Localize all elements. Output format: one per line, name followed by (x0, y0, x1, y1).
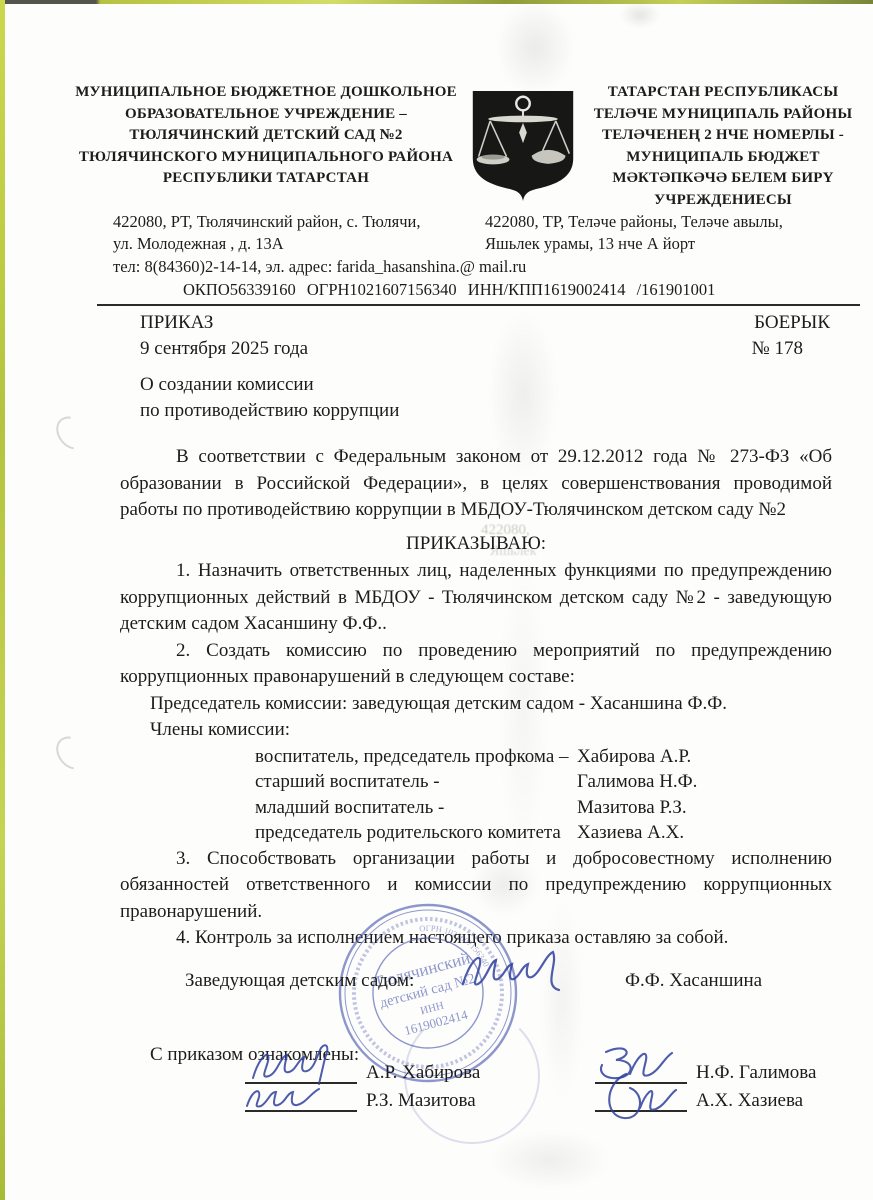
order-body: В соответствии с Федеральным законом от … (120, 444, 832, 952)
address-line: ул. Молодежная , д. 13А (113, 233, 473, 255)
resolution-word: ПРИКАЗЫВАЮ: (120, 531, 832, 558)
signature-khazieva (592, 1068, 688, 1130)
member-role: младший воспитатель - (255, 795, 577, 821)
order-item-2: 2. Создать комиссию по проведению меропр… (120, 638, 832, 691)
scan-edge-left (0, 0, 5, 1200)
acknowledged-name: А.Х. Хазиева (696, 1090, 803, 1112)
commission-member: младший воспитатель -Мазитова Р.З. (255, 795, 832, 821)
order-item-1: 1. Назначить ответственных лиц, наделенн… (120, 558, 832, 638)
head-signature-name: Ф.Ф. Хасаншина (625, 970, 762, 992)
scan-smudge (490, 1130, 610, 1190)
scales-emblem-icon (467, 86, 579, 206)
commission-member: воспитатель, председатель профкома –Хаби… (255, 744, 832, 770)
org-name-tatar: ТАТАРСТАН РЕСПУБЛИКАСЫ ТЕЛӘЧЕ МУНИЦИПАЛЬ… (584, 82, 862, 212)
preamble: В соответствии с Федеральным законом от … (120, 444, 832, 524)
commission-member: старший воспитатель -Галимова Н.Ф. (255, 769, 832, 795)
order-number: № 178 (752, 336, 830, 362)
scan-mark (50, 730, 95, 776)
member-name: Галимова Н.Ф. (577, 771, 697, 792)
address-tatar: 422080, ТР, Теләче районы, Теләче авылы,… (485, 211, 783, 256)
scan-mark (50, 410, 95, 456)
subject-line: по противодействию коррупции (140, 398, 399, 424)
order-type-tat: БОЕРЫК (754, 310, 830, 336)
acknowledged-name: Н.Ф. Галимова (696, 1062, 816, 1084)
address-russian: 422080, РТ, Тюлячинский район, с. Тюлячи… (113, 211, 473, 256)
address-line: Яшьлек урамы, 13 нче А йорт (485, 233, 783, 255)
scanned-order-document: 422080, Яшьлек МУНИЦИПАЛЬНОЕ БЮДЖЕТНОЕ Д… (0, 0, 873, 1200)
order-date: 9 сентября 2025 года (140, 336, 308, 362)
contact-line: тел: 8(84360)2-14-14, эл. адрес: farida_… (113, 257, 526, 277)
subject-line: О создании комиссии (140, 372, 399, 398)
head-signature-title: Заведующая детским садом: (185, 970, 414, 992)
scan-smudge (495, 0, 575, 95)
acknowledged-name: Р.З. Мазитова (366, 1090, 476, 1112)
member-role: воспитатель, председатель профкома – (255, 744, 577, 770)
signature-mazitova (243, 1080, 331, 1114)
letterhead: МУНИЦИПАЛЬНОЕ БЮДЖЕТНОЕ ДОШКОЛЬНОЕ ОБРАЗ… (70, 82, 862, 212)
order-subject: О создании комиссии по противодействию к… (140, 372, 399, 424)
member-name: Хазиева А.Х. (577, 822, 684, 843)
org-name-russian: МУНИЦИПАЛЬНОЕ БЮДЖЕТНОЕ ДОШКОЛЬНОЕ ОБРАЗ… (70, 82, 462, 212)
coat-of-arms (462, 82, 584, 212)
member-role: председатель родительского комитета (255, 820, 577, 846)
scan-smudge (620, 2, 660, 28)
address-line: 422080, РТ, Тюлячинский район, с. Тюлячи… (113, 211, 473, 233)
member-role: старший воспитатель - (255, 769, 577, 795)
order-type-ru: ПРИКАЗ (140, 310, 213, 336)
header-divider (97, 304, 860, 306)
member-name: Хабирова А.Р. (577, 746, 691, 767)
commission-member: председатель родительского комитетаХазие… (255, 820, 832, 846)
order-reference: ПРИКАЗ БОЕРЫК 9 сентября 2025 года № 178 (140, 310, 830, 362)
member-name: Мазитова Р.З. (577, 797, 687, 818)
scan-edge-top (0, 0, 873, 4)
signature-khasanshina (455, 944, 573, 1000)
acknowledged-name: А.Р. Хабирова (366, 1062, 480, 1084)
commission-chairman: Председатель комиссии: заведующая детски… (150, 691, 832, 718)
members-label: Члены комиссии: (150, 717, 832, 744)
address-block: 422080, РТ, Тюлячинский район, с. Тюлячи… (113, 211, 860, 256)
address-line: 422080, ТР, Теләче районы, Теләче авылы, (485, 211, 783, 233)
registration-codes: ОКПО56339160 ОГРН1021607156340 ИНН/КПП16… (183, 280, 715, 300)
